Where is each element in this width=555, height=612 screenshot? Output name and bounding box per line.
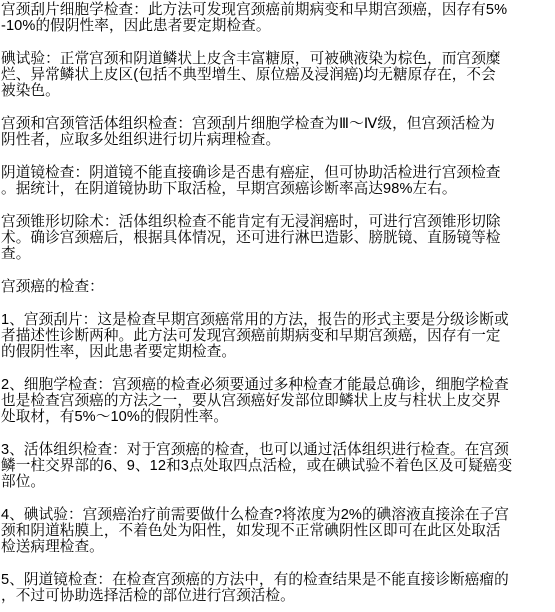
text-line: 5、阴道镜检查：在检查宫颈癌的方法中，有的检查结果是不能直接诊断癌瘤的 — [1, 572, 555, 588]
text-line: 部位。 — [1, 474, 555, 490]
text-line: 。据统计，在阴道镜协助下取活检，早期宫颈癌诊断率高达98%左右。 — [1, 181, 555, 197]
list-item-2-cytology: 2、细胞学检查：宫颈癌的检查必须要通过多种检查才能最总确诊，细胞学检查 也是检查… — [1, 377, 555, 425]
text-line: 阴性者，应取多处组织进行切片病理检查。 — [1, 132, 555, 148]
text-line: 术。确诊宫颈癌后，根据具体情况，还可进行淋巴造影、膀胱镜、直肠镜等检 — [1, 230, 555, 246]
list-item-3-biopsy: 3、活体组织检查：对于宫颈癌的检查，也可以通过活体组织进行检查。在宫颈 鳞一柱交… — [1, 442, 555, 490]
paragraph-iodine-test: 碘试验：正常宫颈和阴道鳞状上皮含丰富糖原，可被碘液染为棕色，而宫颈糜 烂、异常鳞… — [1, 51, 555, 99]
paragraph-conization: 宫颈锥形切除术：活体组织检查不能肯定有无浸润癌时，可进行宫颈锥形切除 术。确诊宫… — [1, 214, 555, 262]
text-line: 被染色。 — [1, 83, 555, 99]
text-line: 宫颈癌的检查： — [1, 279, 555, 295]
paragraph-cervix-biopsy: 宫颈和宫颈管活体组织检查：宫颈刮片细胞学检查为Ⅲ～Ⅳ级，但宫颈活检为 阴性者，应… — [1, 116, 555, 148]
text-line: 的假阴性率，因此患者要定期检查。 — [1, 344, 555, 360]
text-line: 查。 — [1, 246, 555, 262]
text-line: 阴道镜检查：阴道镜不能直接确诊是否患有癌症，但可协助活检进行宫颈检查 — [1, 165, 555, 181]
text-line: 也是检查宫颈癌的方法之一，要从宫颈癌好发部位即鳞状上皮与柱状上皮交界 — [1, 393, 555, 409]
text-line: 1、宫颈刮片：这是检查早期宫颈癌常用的方法，报告的形式主要是分级诊断或 — [1, 312, 555, 328]
list-item-4-iodine-test: 4、碘试验：宫颈癌治疗前需要做什么检查?将浓度为2%的碘溶液直接涂在子宫 颈和阴… — [1, 507, 555, 555]
text-line: 宫颈和宫颈管活体组织检查：宫颈刮片细胞学检查为Ⅲ～Ⅳ级，但宫颈活检为 — [1, 116, 555, 132]
text-line: 鳞一柱交界部的6、9、12和3点处取四点活检，或在碘试验不着色区及可疑癌变 — [1, 458, 555, 474]
text-line: 碘试验：正常宫颈和阴道鳞状上皮含丰富糖原，可被碘液染为棕色，而宫颈糜 — [1, 51, 555, 67]
text-line: 宫颈刮片细胞学检查：此方法可发现宫颈癌前期病变和早期宫颈癌，因存有5% — [1, 2, 555, 18]
text-line: 检送病理检查。 — [1, 539, 555, 555]
text-line: ，不过可协助选择活检的部位进行宫颈活检。 — [1, 588, 555, 604]
document-body: 宫颈刮片细胞学检查：此方法可发现宫颈癌前期病变和早期宫颈癌，因存有5% -10%… — [0, 0, 555, 604]
text-line: 处取材，有5%～10%的假阴性率。 — [1, 409, 555, 425]
text-line: 烂、异常鳞状上皮区(包括不典型增生、原位癌及浸润癌)均无糖原存在，不会 — [1, 67, 555, 83]
list-item-1-pap-smear: 1、宫颈刮片：这是检查早期宫颈癌常用的方法，报告的形式主要是分级诊断或 者描述性… — [1, 312, 555, 360]
text-line: -10%的假阴性率，因此患者要定期检查。 — [1, 18, 555, 34]
text-line: 3、活体组织检查：对于宫颈癌的检查，也可以通过活体组织进行检查。在宫颈 — [1, 442, 555, 458]
list-item-5-colposcopy: 5、阴道镜检查：在检查宫颈癌的方法中，有的检查结果是不能直接诊断癌瘤的 ，不过可… — [1, 572, 555, 604]
paragraph-pap-smear-cytology: 宫颈刮片细胞学检查：此方法可发现宫颈癌前期病变和早期宫颈癌，因存有5% -10%… — [1, 2, 555, 34]
text-line: 者描述性诊断两种。此方法可发现宫颈癌前期病变和早期宫颈癌，因存有一定 — [1, 328, 555, 344]
section-heading: 宫颈癌的检查： — [1, 279, 555, 295]
text-line: 宫颈锥形切除术：活体组织检查不能肯定有无浸润癌时，可进行宫颈锥形切除 — [1, 214, 555, 230]
text-line: 4、碘试验：宫颈癌治疗前需要做什么检查?将浓度为2%的碘溶液直接涂在子宫 — [1, 507, 555, 523]
paragraph-colposcopy: 阴道镜检查：阴道镜不能直接确诊是否患有癌症，但可协助活检进行宫颈检查 。据统计，… — [1, 165, 555, 197]
text-line: 颈和阴道粘膜上，不着色处为阳性，如发现不正常碘阴性区即可在此区处取活 — [1, 523, 555, 539]
text-line: 2、细胞学检查：宫颈癌的检查必须要通过多种检查才能最总确诊，细胞学检查 — [1, 377, 555, 393]
